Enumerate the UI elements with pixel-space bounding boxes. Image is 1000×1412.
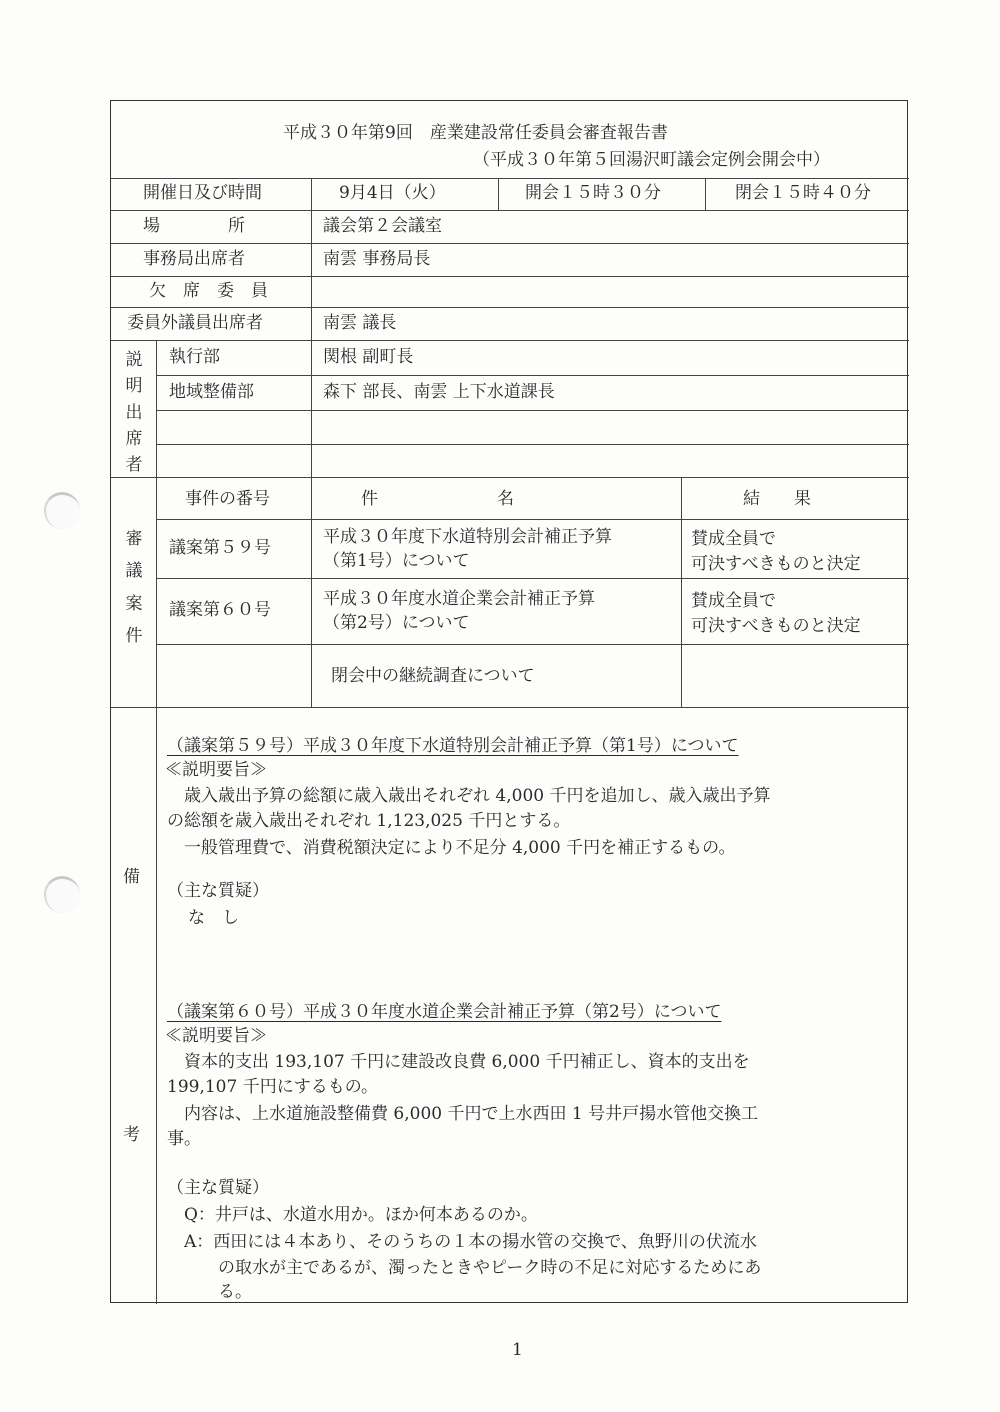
secretariat-label: 事務局出席者: [143, 251, 245, 268]
page-number: 1: [512, 1340, 523, 1360]
case-result-header: 結 果: [743, 491, 811, 508]
summary-line: 199,107 千円にするもの。: [167, 1074, 378, 1100]
explainer-dept: 執行部: [169, 349, 220, 366]
datetime-label: 開催日及び時間: [143, 185, 262, 202]
summary-line: 歳入歳出予算の総額に歳入歳出それぞれ 4,000 千円を追加し、歳入歳出予算: [167, 783, 770, 809]
qa-line: な し: [171, 905, 239, 931]
summary-line: 内容は、上水道施設整備費 6,000 千円で上水西田 1 号井戸揚水管他交換工: [167, 1101, 758, 1127]
qa-line: Q：井戸は、水道水用か。ほか何本あるのか。: [167, 1202, 538, 1228]
punch-hole-top: [44, 492, 80, 529]
case-number-header: 事件の番号: [185, 491, 270, 508]
case-result: 賛成全員で: [691, 531, 776, 548]
place-value: 議会第２会議室: [323, 218, 442, 235]
cases-label: 審議案件: [124, 523, 144, 652]
qa-label: （主な質疑）: [167, 1175, 269, 1201]
case-result: 賛成全員で: [691, 593, 776, 610]
punch-hole-bottom: [44, 876, 80, 913]
case-name: （第1号）について: [323, 553, 469, 570]
case-number: 議案第６０号: [169, 602, 271, 619]
non-member-value: 南雲 議長: [323, 315, 396, 332]
summary-label: ≪説明要旨≫: [165, 1023, 267, 1049]
close-time: 閉会１５時４０分: [735, 185, 871, 202]
section-heading: （議案第５９号）平成３０年度下水道特別会計補正予算（第1号）について: [167, 733, 738, 759]
explainer-names: 森下 部長、南雲 上下水道課長: [323, 384, 555, 401]
summary-line: の総額を歳入歳出それぞれ 1,123,025 千円とする。: [167, 808, 570, 834]
section-heading: （議案第６０号）平成３０年度水道企業会計補正予算（第2号）について: [167, 999, 721, 1025]
non-member-label: 委員外議員出席者: [127, 315, 263, 332]
case-name: （第2号）について: [323, 615, 469, 632]
secretariat-value: 南雲 事務局長: [323, 251, 430, 268]
explainers-label: 説明出席者: [124, 347, 144, 479]
case-name-header: 件 名: [361, 491, 514, 508]
report-table: 平成３０年第9回 産業建設常任委員会審査報告書 （平成３０年第５回湯沢町議会定例…: [110, 100, 908, 1303]
absent-label: 欠 席 委 員: [149, 283, 268, 300]
report-subtitle: （平成３０年第５回湯沢町議会定例会開会中）: [473, 152, 830, 169]
case-name: 閉会中の継続調査について: [331, 668, 535, 685]
place-label: 場 所: [143, 218, 245, 235]
summary-line: 事。: [167, 1126, 201, 1152]
remarks-label-bottom: 考: [123, 1127, 140, 1144]
qa-line: A：西田には４本あり、そのうちの１本の揚水管の交換で、魚野川の伏流水: [167, 1229, 757, 1255]
qa-line: の取水が主であるが、濁ったときやピーク時の不足に対応するためにあ: [167, 1255, 761, 1281]
summary-label: ≪説明要旨≫: [165, 757, 267, 783]
case-name: 平成３０年度下水道特別会計補正予算: [323, 529, 612, 546]
qa-line: る。: [167, 1279, 252, 1305]
explainer-dept: 地域整備部: [169, 384, 254, 401]
case-result: 可決すべきものと決定: [691, 618, 861, 635]
case-number: 議案第５９号: [169, 540, 271, 557]
explainer-names: 関根 副町長: [323, 349, 413, 366]
report-title: 平成３０年第9回 産業建設常任委員会審査報告書: [283, 125, 668, 142]
summary-line: 一般管理費で、消費税額決定により不足分 4,000 千円を補正するもの。: [167, 835, 735, 861]
open-time: 開会１５時３０分: [525, 185, 661, 202]
meeting-date: 9月4日（火）: [339, 185, 446, 202]
summary-line: 資本的支出 193,107 千円に建設改良費 6,000 千円補正し、資本的支出…: [167, 1049, 750, 1075]
case-result: 可決すべきものと決定: [691, 556, 861, 573]
case-name: 平成３０年度水道企業会計補正予算: [323, 591, 595, 608]
qa-label: （主な質疑）: [167, 878, 269, 904]
remarks-label-top: 備: [123, 869, 140, 886]
